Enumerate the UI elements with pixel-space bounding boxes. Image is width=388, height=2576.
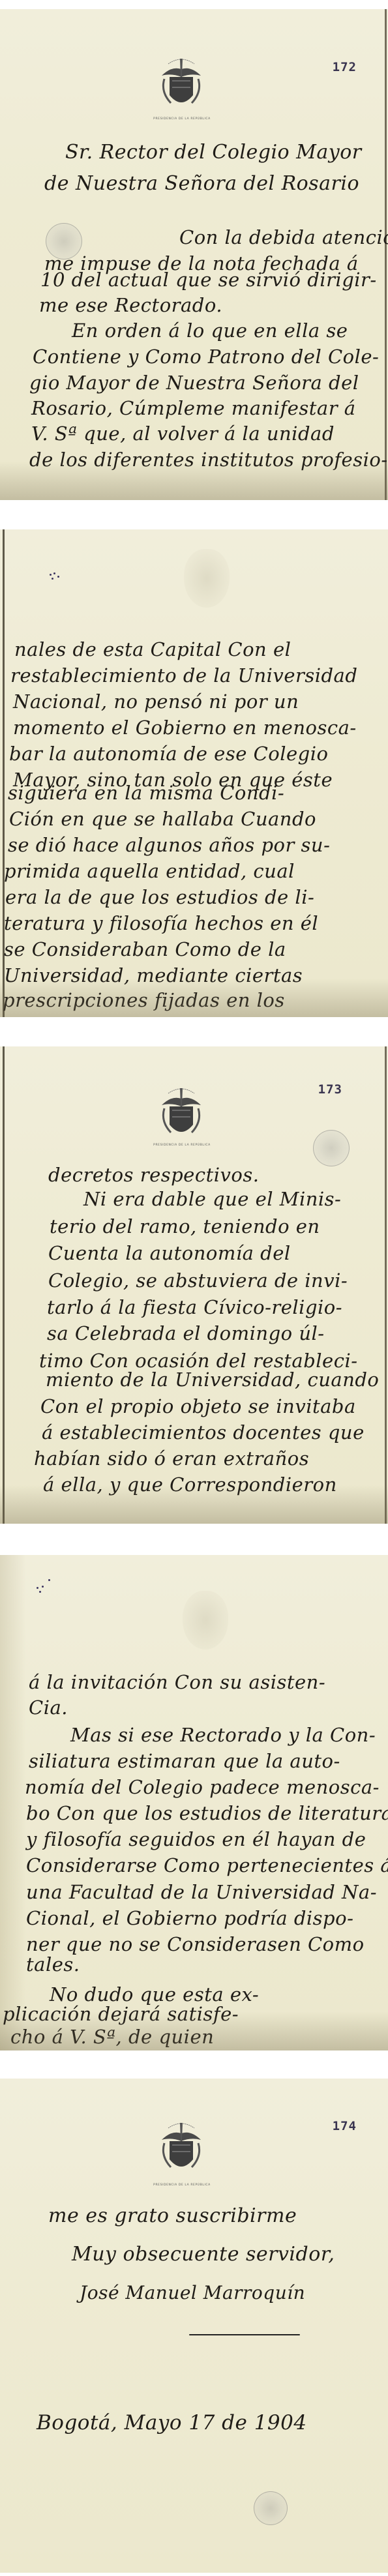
signature: José Manuel Marroquín — [80, 2284, 305, 2302]
body-line: bar la autonomía de ese Colegio — [9, 745, 328, 763]
body-line: En orden á lo que en ella se — [72, 321, 348, 340]
ink-spots — [37, 1584, 50, 1593]
page-edge — [385, 1046, 387, 1524]
body-line: Ni era dable que el Minis- — [83, 1190, 341, 1209]
watermark-crest — [184, 549, 230, 608]
page-edge — [385, 9, 387, 500]
letter-page-4: á la invitación Con su asisten- Cia. Mas… — [0, 1555, 388, 2050]
folio-number: 172 — [333, 60, 357, 74]
colombian-coat-of-arms-icon — [149, 50, 214, 115]
body-line: Cia. — [29, 1698, 68, 1717]
colombian-coat-of-arms-icon — [149, 1079, 214, 1144]
body-line: tarlo á la fiesta Cívico-religio- — [47, 1298, 342, 1317]
body-line: miento de la Universidad, cuando — [46, 1370, 379, 1389]
body-line: se dió hace algunos años por su- — [8, 836, 330, 855]
body-line: Nacional, no pensó ni por un — [13, 692, 299, 711]
signature-underline — [189, 2334, 300, 2335]
body-line: Universidad, mediante ciertas — [4, 966, 303, 985]
body-line: á establecimientos docentes que — [42, 1423, 365, 1442]
body-line: Cional, el Gobierno podría dispo- — [26, 1909, 353, 1928]
body-line: restablecimiento de la Universidad — [10, 666, 357, 685]
body-line: habían sido ó eran extraños — [34, 1449, 309, 1468]
letter-page-1: PRESIDENCIA DE LA REPÚBLICA 172 Sr. Rect… — [0, 9, 388, 500]
body-line: una Facultad de la Universidad Na- — [26, 1883, 377, 1902]
body-line: Rosario, Cúmpleme manifestar á — [31, 399, 356, 418]
letter-page-3: PRESIDENCIA DE LA REPÚBLICA 173 decretos… — [0, 1046, 388, 1524]
ink-spots — [50, 572, 63, 582]
archive-stamp-icon — [254, 2491, 288, 2525]
body-line: cho á V. Sª, de quien — [10, 2028, 214, 2047]
body-line: decretos respectivos. — [48, 1166, 259, 1185]
body-line: bo Con que los estudios de literatura — [26, 1804, 388, 1823]
body-line: de los diferentes institutos profesio- — [29, 451, 388, 469]
body-line: Contiene y Como Patrono del Cole- — [33, 348, 379, 366]
body-line: terio del ramo, teniendo en — [50, 1217, 320, 1236]
addressee-line: de Nuestra Señora del Rosario — [44, 174, 359, 194]
letter-page-2: nales de esta Capital Con el restablecim… — [0, 529, 388, 1017]
page-edge — [3, 1046, 5, 1524]
body-line: era la de que los estudios de li- — [5, 888, 314, 907]
body-line: Colegio, se abstuviera de invi- — [48, 1271, 348, 1290]
body-line: me ese Rectorado. — [39, 296, 222, 315]
body-line: 10 del actual que se sirvió dirigir- — [40, 271, 377, 289]
body-line: timo Con ocasión del restableci- — [39, 1352, 358, 1370]
body-line: tales. — [26, 1955, 80, 1974]
body-line: á ella, y que Correspondieron — [43, 1475, 337, 1494]
colombian-coat-of-arms-icon — [149, 2114, 214, 2179]
body-line: prescripciones fijadas en los — [3, 991, 285, 1010]
body-line: Mas si ese Rectorado y la Con- — [70, 1726, 376, 1745]
body-line: plicación dejará satisfe- — [3, 2005, 239, 2024]
addressee-line: Sr. Rector del Colegio Mayor — [65, 143, 362, 162]
archive-stamp-icon — [313, 1130, 350, 1166]
body-line: gio Mayor de Nuestra Señora del — [29, 374, 359, 392]
body-line: Con el propio objeto se invitaba — [40, 1397, 356, 1416]
body-line: momento el Gobierno en menosca- — [13, 718, 357, 737]
body-line: teratura y filosofía hechos en él — [4, 914, 318, 933]
body-line: nomía del Colegio padece menosca- — [25, 1778, 380, 1797]
letter-page-5: PRESIDENCIA DE LA REPÚBLICA 174 me es gr… — [0, 2079, 388, 2573]
watermark-crest — [183, 1591, 228, 1650]
body-line: ner que no se Considerasen Como — [26, 1935, 365, 1954]
folio-number: 173 — [318, 1082, 342, 1097]
body-line: No dudo que esta ex- — [50, 1985, 259, 2004]
body-line: nales de esta Capital Con el — [14, 640, 291, 659]
body-line: Cuenta la autonomía del — [48, 1244, 291, 1263]
body-line: siguiera en la misma Condi- — [8, 784, 284, 803]
body-line: á la invitación Con su asisten- — [29, 1673, 325, 1692]
closing-line: me es grato suscribirme — [48, 2206, 297, 2226]
body-line: Ción en que se hallaba Cuando — [9, 810, 316, 829]
body-line: Considerarse Como pertenecientes á — [26, 1856, 388, 1875]
body-line: se Consideraban Como de la — [4, 940, 286, 959]
letterhead-caption: PRESIDENCIA DE LA REPÚBLICA — [143, 2184, 220, 2187]
letterhead-caption: PRESIDENCIA DE LA REPÚBLICA — [143, 1144, 220, 1147]
date-line: Bogotá, Mayo 17 de 1904 — [37, 2413, 307, 2433]
folio-number: 174 — [333, 2119, 357, 2133]
body-line: primida aquella entidad, cual — [4, 862, 295, 881]
closing-line: Muy obsecuente servidor, — [72, 2245, 335, 2264]
body-line: Con la debida atención — [179, 228, 388, 247]
body-line: siliatura estimaran que la auto- — [29, 1752, 340, 1771]
body-line: V. Sª que, al volver á la unidad — [31, 424, 335, 443]
letterhead-caption: PRESIDENCIA DE LA REPÚBLICA — [143, 117, 220, 121]
body-line: y filosofía seguidos en él hayan de — [26, 1830, 366, 1849]
body-line: sa Celebrada el domingo úl- — [47, 1324, 325, 1343]
